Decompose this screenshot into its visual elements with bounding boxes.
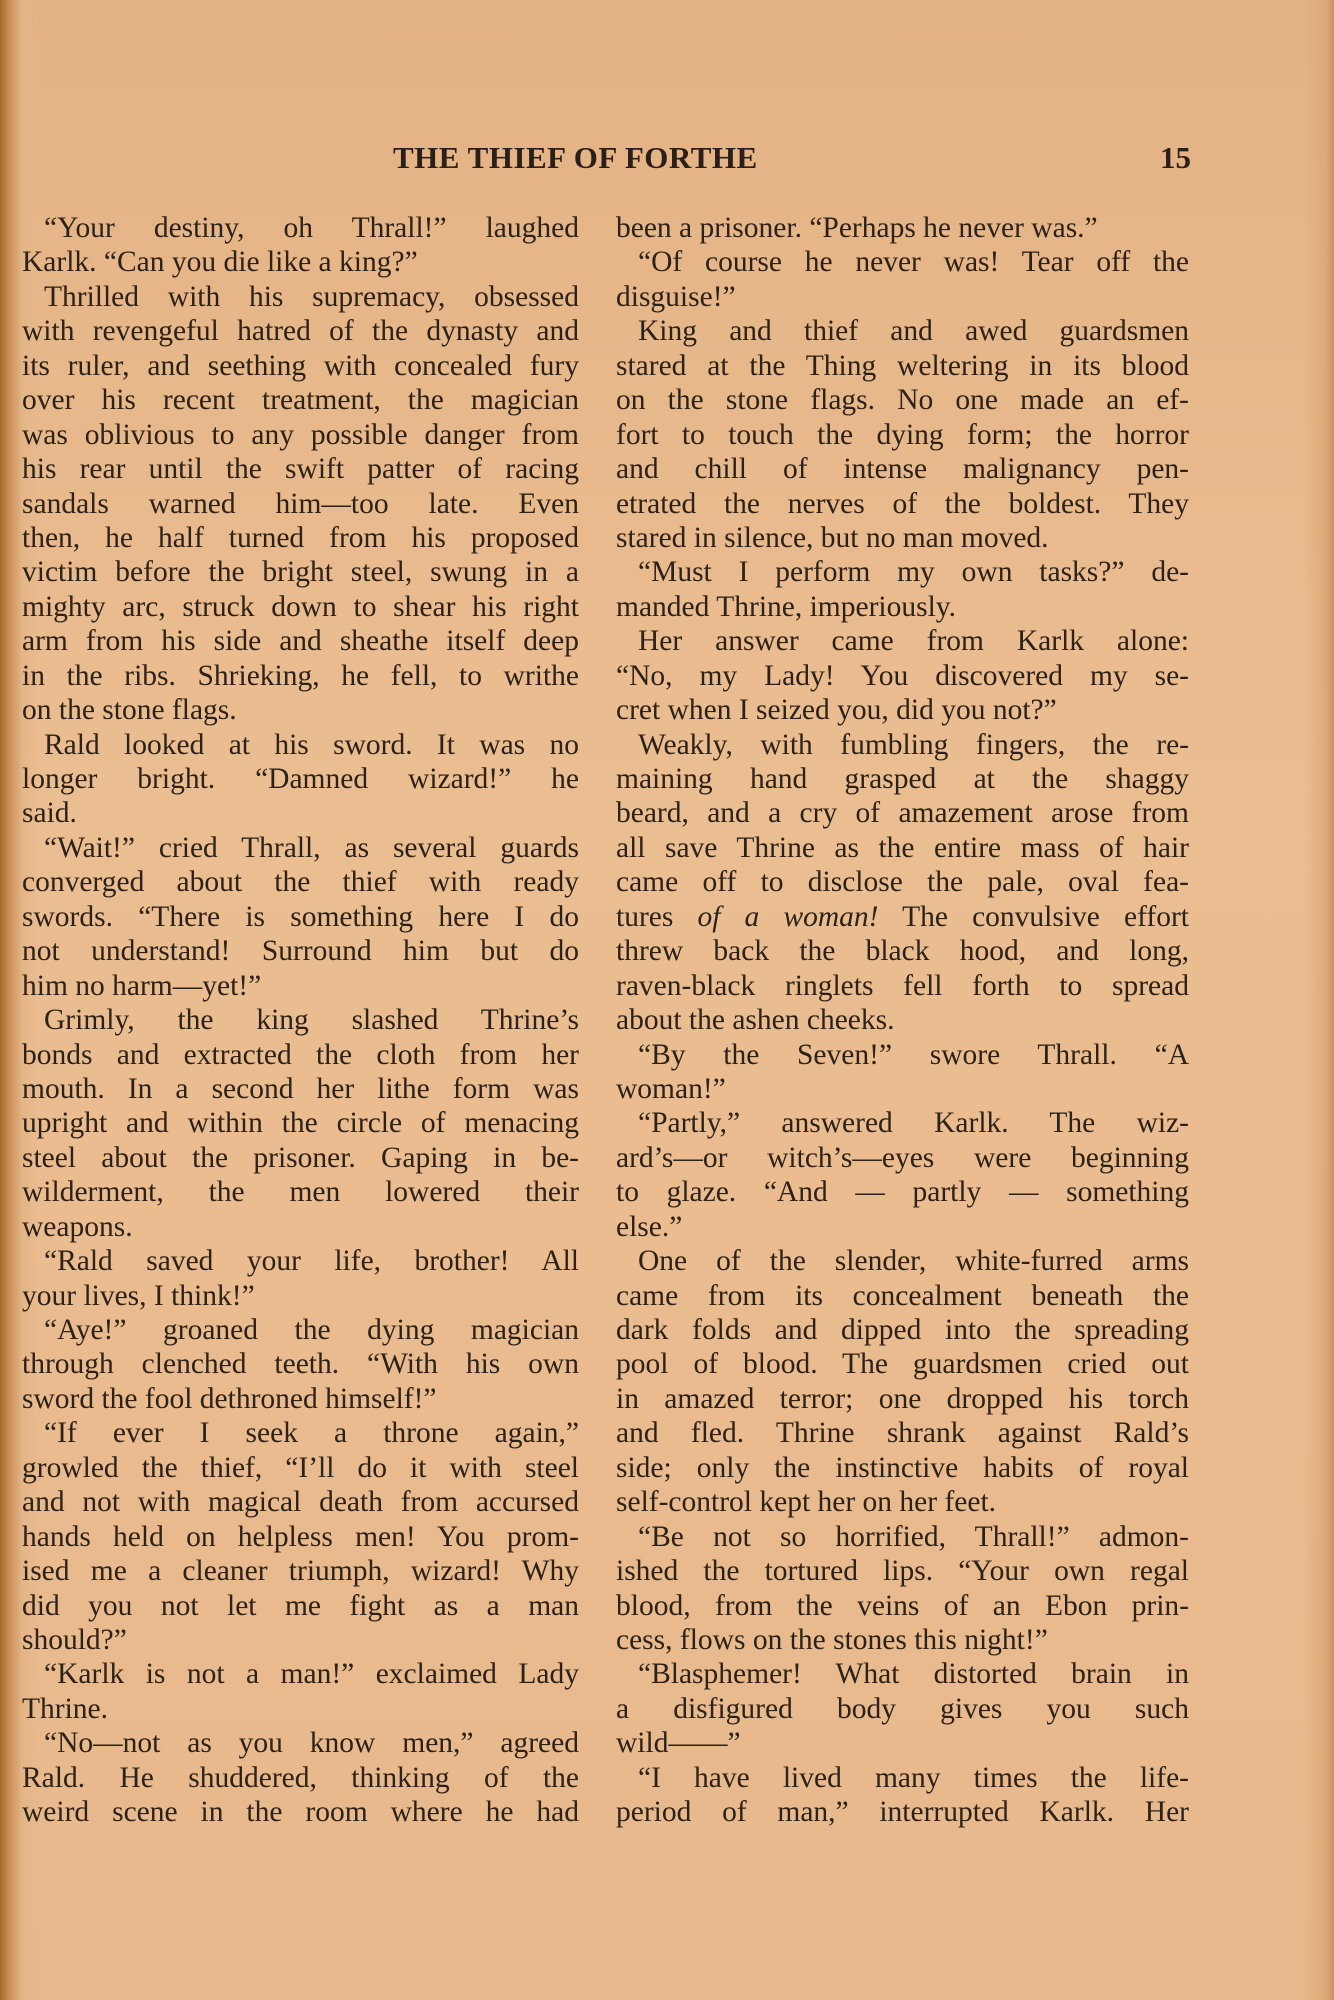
text-line: sandals warned him—too late. Even (22, 487, 579, 521)
text-line: else.” (616, 1210, 1189, 1244)
text-line: steel about the prisoner. Gaping in be- (22, 1141, 579, 1175)
text-line: hands held on helpless men! You prom- (22, 1520, 579, 1554)
text-line: “Wait!” cried Thrall, as several guards (22, 831, 579, 865)
text-line: ised me a cleaner triumph, wizard! Why (22, 1554, 579, 1588)
text-line: through clenched teeth. “With his own (22, 1347, 579, 1381)
text-line: stared in silence, but no man moved. (616, 521, 1189, 555)
text-line: on the stone flags. (22, 693, 579, 727)
text-line: maining hand grasped at the shaggy (616, 762, 1189, 796)
text-line: been a prisoner. “Perhaps he never was.” (616, 211, 1189, 245)
text-line: side; only the instinctive habits of roy… (616, 1451, 1189, 1485)
text-line: bonds and extracted the cloth from her (22, 1038, 579, 1072)
text-line: wild——” (616, 1726, 1189, 1760)
text-line: Thrine. (22, 1692, 579, 1726)
text-line: his rear until the swift patter of racin… (22, 452, 579, 486)
text-line: converged about the thief with ready (22, 865, 579, 899)
text-line: blood, from the veins of an Ebon prin- (616, 1589, 1189, 1623)
text-line: “Must I perform my own tasks?” de- (616, 555, 1189, 589)
text-line: “By the Seven!” swore Thrall. “A (616, 1038, 1189, 1072)
text-line: weird scene in the room where he had (22, 1795, 579, 1829)
text-line: came from its concealment beneath the (616, 1279, 1189, 1313)
right-text-column: been a prisoner. “Perhaps he never was.”… (616, 211, 1189, 1830)
text-line: “Blasphemer! What distorted brain in (616, 1657, 1189, 1691)
text-line: was oblivious to any possible danger fro… (22, 418, 579, 452)
text-line: your lives, I think!” (22, 1279, 579, 1313)
text-line: stared at the Thing weltering in its blo… (616, 349, 1189, 383)
text-line: and fled. Thrine shrank against Rald’s (616, 1416, 1189, 1450)
text-line: Rald looked at his sword. It was no (22, 728, 579, 762)
text-line: Her answer came from Karlk alone: (616, 624, 1189, 658)
text-line: period of man,” interrupted Karlk. Her (616, 1795, 1189, 1829)
text-line: pool of blood. The guardsmen cried out (616, 1347, 1189, 1381)
text-line: tures of a woman! The convulsive effort (616, 900, 1189, 934)
text-line: “If ever I seek a throne again,” (22, 1416, 579, 1450)
text-line: mighty arc, struck down to shear his rig… (22, 590, 579, 624)
text-line: all save Thrine as the entire mass of ha… (616, 831, 1189, 865)
text-line: dark folds and dipped into the spreading (616, 1313, 1189, 1347)
text-line: about the ashen cheeks. (616, 1003, 1189, 1037)
text-line: Rald. He shuddered, thinking of the (22, 1761, 579, 1795)
page-header: THE THIEF OF FORTHE 15 (0, 140, 1334, 180)
text-line: raven-black ringlets fell forth to sprea… (616, 969, 1189, 1003)
text-line: cess, flows on the stones this night!” (616, 1623, 1189, 1657)
text-line: Grimly, the king slashed Thrine’s (22, 1003, 579, 1037)
text-line: victim before the bright steel, swung in… (22, 555, 579, 589)
text-line: woman!” (616, 1072, 1189, 1106)
text-line: then, he half turned from his proposed (22, 521, 579, 555)
text-line: upright and within the circle of menacin… (22, 1106, 579, 1140)
text-line: “I have lived many times the life- (616, 1761, 1189, 1795)
text-line: growled the thief, “I’ll do it with stee… (22, 1451, 579, 1485)
text-line: its ruler, and seething with concealed f… (22, 349, 579, 383)
text-line: “No, my Lady! You discovered my se- (616, 659, 1189, 693)
text-line: ished the tortured lips. “Your own regal (616, 1554, 1189, 1588)
text-line: Karlk. “Can you die like a king?” (22, 245, 579, 279)
text-line: swords. “There is something here I do (22, 900, 579, 934)
left-text-column: “Your destiny, oh Thrall!” laughedKarlk.… (22, 211, 579, 1830)
text-line: “Partly,” answered Karlk. The wiz- (616, 1106, 1189, 1140)
text-line: came off to disclose the pale, oval fea- (616, 865, 1189, 899)
text-line: in amazed terror; one dropped his torch (616, 1382, 1189, 1416)
text-line: One of the slender, white-furred arms (616, 1244, 1189, 1278)
text-line: sword the fool dethroned himself!” (22, 1382, 579, 1416)
text-line: “Rald saved your life, brother! All (22, 1244, 579, 1278)
text-line: and chill of intense malignancy pen- (616, 452, 1189, 486)
text-line: did you not let me fight as a man (22, 1589, 579, 1623)
text-line: not understand! Surround him but do (22, 934, 579, 968)
text-line: in the ribs. Shrieking, he fell, to writ… (22, 659, 579, 693)
text-line: longer bright. “Damned wizard!” he (22, 762, 579, 796)
text-line: Weakly, with fumbling fingers, the re- (616, 728, 1189, 762)
text-line: manded Thrine, imperiously. (616, 590, 1189, 624)
text-line: should?” (22, 1623, 579, 1657)
text-line: on the stone flags. No one made an ef- (616, 383, 1189, 417)
text-line: King and thief and awed guardsmen (616, 314, 1189, 348)
text-line: him no harm—yet!” (22, 969, 579, 1003)
text-line: disguise!” (616, 280, 1189, 314)
text-line: “Of course he never was! Tear off the (616, 245, 1189, 279)
italic-emphasis: of a woman! (697, 901, 878, 933)
text-line: weapons. (22, 1210, 579, 1244)
text-segment: The convulsive effort (879, 901, 1190, 933)
text-line: cret when I seized you, did you not?” (616, 693, 1189, 727)
text-line: ard’s—or witch’s—eyes were beginning (616, 1141, 1189, 1175)
text-line: mouth. In a second her lithe form was (22, 1072, 579, 1106)
text-line: threw back the black hood, and long, (616, 934, 1189, 968)
text-line: “Aye!” groaned the dying magician (22, 1313, 579, 1347)
text-line: over his recent treatment, the magician (22, 383, 579, 417)
text-line: “Karlk is not a man!” exclaimed Lady (22, 1657, 579, 1691)
text-line: to glaze. “And — partly — something (616, 1175, 1189, 1209)
text-line: “Your destiny, oh Thrall!” laughed (22, 211, 579, 245)
text-line: with revengeful hatred of the dynasty an… (22, 314, 579, 348)
text-segment: tures (616, 901, 697, 933)
text-line: and not with magical death from accursed (22, 1485, 579, 1519)
book-page: THE THIEF OF FORTHE 15 “Your destiny, oh… (0, 0, 1334, 2000)
text-line: self-control kept her on her feet. (616, 1485, 1189, 1519)
page-number: 15 (1160, 140, 1191, 176)
text-line: etrated the nerves of the boldest. They (616, 487, 1189, 521)
running-title: THE THIEF OF FORTHE (393, 140, 758, 176)
text-line: Thrilled with his supremacy, obsessed (22, 280, 579, 314)
text-line: a disfigured body gives you such (616, 1692, 1189, 1726)
text-line: beard, and a cry of amazement arose from (616, 796, 1189, 830)
text-line: fort to touch the dying form; the horror (616, 418, 1189, 452)
text-line: “No—not as you know men,” agreed (22, 1726, 579, 1760)
text-line: wilderment, the men lowered their (22, 1175, 579, 1209)
text-line: “Be not so horrified, Thrall!” admon- (616, 1520, 1189, 1554)
text-line: said. (22, 796, 579, 830)
text-line: arm from his side and sheathe itself dee… (22, 624, 579, 658)
